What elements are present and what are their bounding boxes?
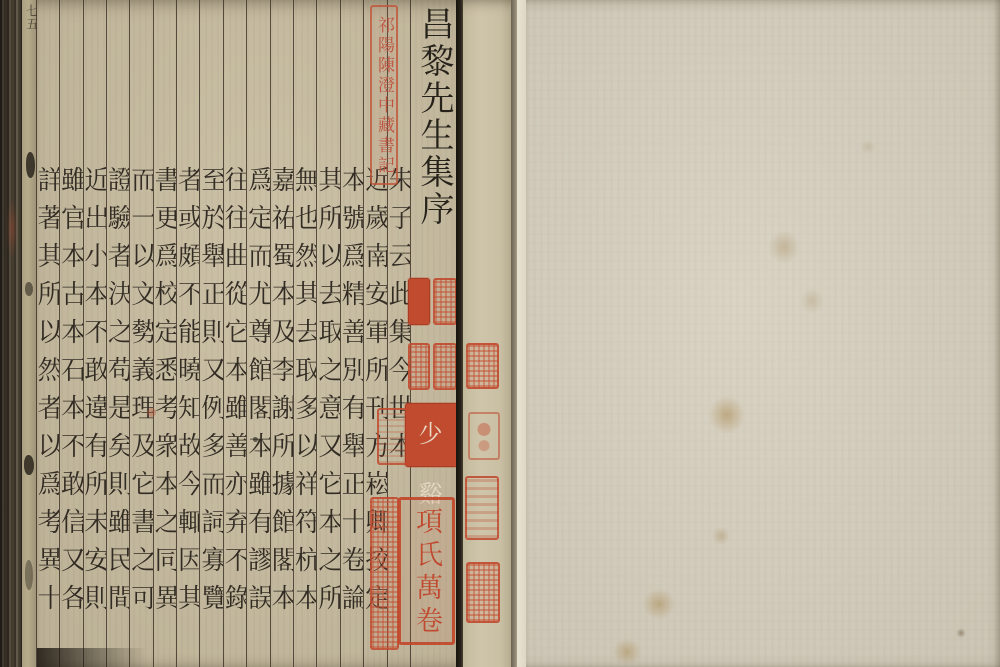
page-frame-border <box>456 0 463 667</box>
ink-smudge <box>25 282 33 296</box>
ink-smudge <box>24 455 34 475</box>
seal-shaoxi: 少谿 <box>405 403 458 467</box>
text-column-12: 而一以文勢義理及它書之可 <box>129 0 152 667</box>
seal-small-square-4 <box>433 343 457 390</box>
seal-small-square-2 <box>433 278 457 325</box>
text-column-9: 至於舉正則又例多而詞寡覽 <box>199 0 222 667</box>
printed-page: 昌黎先生集序 朱子云此集今世本 近歲南安軍所刊方崧卿挍定 本號爲精善別有舉正十卷… <box>37 0 457 667</box>
seal-gutter-3 <box>466 562 500 623</box>
book-scan: 七五 昌黎先生集序 朱子云此集今世本 近歲南安軍所刊方崧卿挍定 本號爲精善別有舉… <box>0 0 1000 667</box>
seal-overlapping-text <box>377 408 408 465</box>
text-column-10: 者或頗不能曉知故今輒因其 <box>176 0 199 667</box>
ink-smudge <box>25 560 33 590</box>
text-column-15: 雖官本古本石本不敢信又各 <box>59 0 82 667</box>
ink-speck <box>253 437 258 442</box>
book-spine-edge <box>0 0 22 667</box>
text-column-6: 嘉祐蜀本及李謝所據館閣本 <box>270 0 293 667</box>
seal-chen-chengzhong: 祁陽陳澄中藏書記 <box>370 5 398 185</box>
page-edge-highlight <box>517 0 526 667</box>
text-column-7: 爲定而尤尊館閣本雖有謬誤 <box>246 0 269 667</box>
seal-gutter-1 <box>466 343 499 389</box>
seal-small-square-1 <box>408 278 430 325</box>
text-column-13: 證驗者決之苟是矣則雖民間 <box>106 0 129 667</box>
text-column-3: 本號爲精善別有舉正十卷論 <box>340 0 363 667</box>
seal-small-square-3 <box>408 343 430 390</box>
seal-dense-tall <box>370 497 399 650</box>
text-column-11: 書更爲校定悉考衆本之同異 <box>153 0 176 667</box>
seal-xiangshi-wanjuan: 項氏萬卷 <box>398 497 455 645</box>
text-column-5: 無也然其去取多以祥符杭本 <box>293 0 316 667</box>
ink-smudge <box>26 152 35 178</box>
blank-facing-page <box>526 0 1000 667</box>
text-column-8: 往往曲從它本雖善亦弃不錄 <box>223 0 246 667</box>
text-column-16: 詳著其所以然者以爲考異十 <box>36 0 59 667</box>
seal-gutter-2 <box>465 476 499 540</box>
text-column-14: 近出小本不敢違有所未安則 <box>83 0 106 667</box>
seal-gutter-pictorial <box>468 412 500 460</box>
text-column-4: 其所以去取之意又它本之所 <box>316 0 339 667</box>
